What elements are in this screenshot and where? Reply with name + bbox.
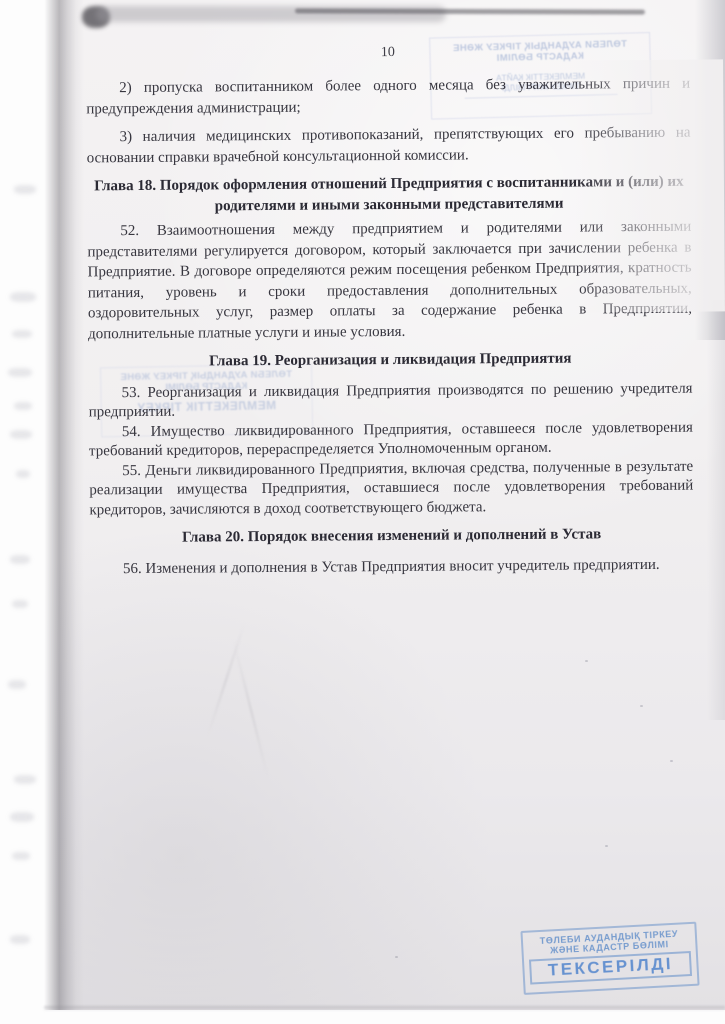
chapter-20-heading: Глава 20. Порядок внесения изменений и д… xyxy=(90,524,694,549)
page-number: 10 xyxy=(86,41,690,66)
page-content: ТӨЛЕБИ АУДАНДЫҚ ТІРКЕУ ЖӘНЕ КАДАСТР БӨЛІ… xyxy=(0,0,725,1024)
verified-stamp: ТӨЛЕБИ АУДАНДЫҚ ТІРКЕУ ЖӘНЕ КАДАСТР БӨЛІ… xyxy=(520,922,699,995)
paragraph-54: 54. Имущество ликвидированного Предприят… xyxy=(89,418,693,462)
paragraph-item-3: 3) наличия медицинских противопоказаний,… xyxy=(86,123,690,169)
paragraph-55: 55. Деньги ликвидированного Предприятия,… xyxy=(89,457,693,520)
chapter-19-heading: Глава 19. Реорганизация и ликвидация Пре… xyxy=(88,348,692,373)
chapter-18-heading: Глава 18. Порядок оформления отношений П… xyxy=(87,172,691,218)
stamp-verified-word: ТЕКСЕРІЛДІ xyxy=(529,951,692,985)
paragraph-53: 53. Реорганизация и ликвидация Предприят… xyxy=(88,379,692,423)
paragraph-56: 56. Изменения и дополнения в Устав Предп… xyxy=(90,554,694,579)
paragraph-52: 52. Взаимоотношения между предприятием и… xyxy=(87,217,692,345)
paragraph-item-2: 2) пропуска воспитанником более одного м… xyxy=(86,74,690,120)
scanned-document: { "document": { "page_number": "10", "pa… xyxy=(0,0,725,1024)
document-text-column: 10 2) пропуска воспитанником более одног… xyxy=(85,0,694,579)
